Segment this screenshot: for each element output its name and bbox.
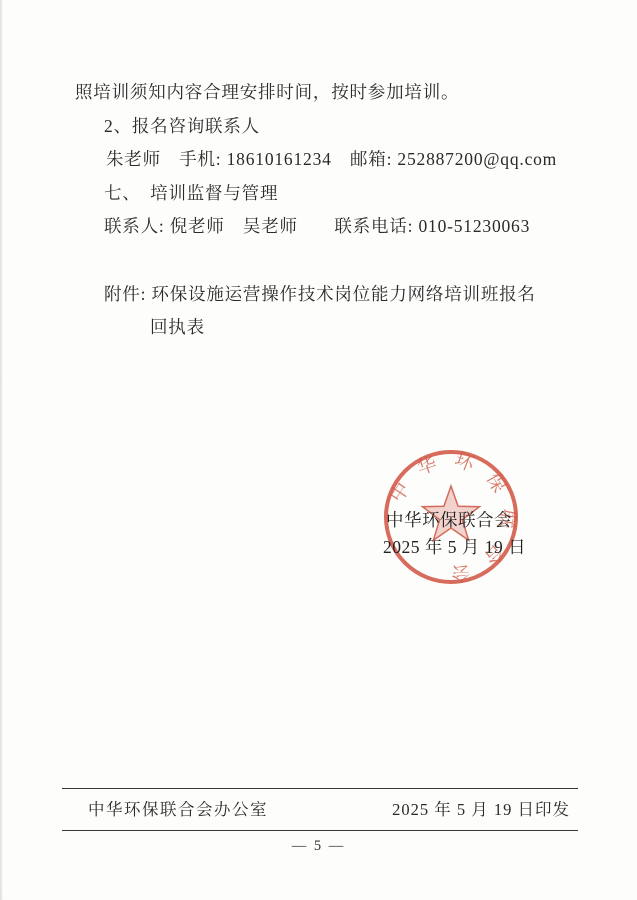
body-line-3: 朱老师 手机: 18610161234 邮箱: 252887200@qq.com: [106, 146, 557, 171]
body-line-2: 2、报名咨询联系人: [104, 113, 260, 138]
signature-date: 2025 年 5 月 19 日: [383, 534, 526, 559]
body-line-4: 七、 培训监督与管理: [104, 180, 278, 205]
footer-office-name: 中华环保联合会办公室: [88, 796, 268, 820]
footer-rule-top: [62, 788, 578, 789]
attachment-line-1: 附件: 环保设施运营操作技术岗位能力网络培训班报名: [104, 281, 536, 306]
scan-edge-shadow: [0, 0, 3, 900]
footer-rule-bottom: [62, 830, 578, 831]
signature-organization: 中华环保联合会: [386, 507, 512, 532]
body-line-5: 联系人: 倪老师 吴老师 联系电话: 010-51230063: [104, 213, 530, 238]
page-number: — 5 —: [0, 838, 637, 855]
document-page: 照培训须知内容合理安排时间，按时参加培训。 2、报名咨询联系人 朱老师 手机: …: [0, 0, 637, 900]
attachment-line-2: 回执表: [150, 314, 205, 339]
footer-print-date: 2025 年 5 月 19 日印发: [392, 796, 570, 820]
body-line-1: 照培训须知内容合理安排时间，按时参加培训。: [75, 79, 459, 104]
